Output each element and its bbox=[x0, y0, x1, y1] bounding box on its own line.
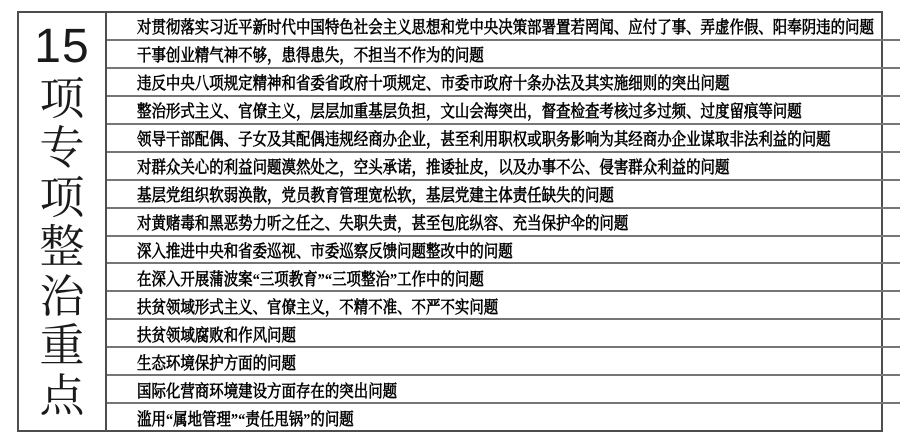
table-title-column: 15 项 专 项 整 治 重 点 bbox=[19, 13, 107, 430]
table-row: 扶贫领域腐败和作风问题 bbox=[107, 320, 900, 348]
item-text: 扶贫领域形式主义、官僚主义，不精不准、不严不实问题 bbox=[137, 293, 498, 318]
table-row: 整治形式主义、官僚主义，层层加重基层负担，文山会海突出，督查检查考核过多过频、过… bbox=[107, 97, 900, 125]
table-row: 基层党组织软弱涣散，党员教育管理宽松软，基层党建主体责任缺失的问题 bbox=[107, 181, 900, 209]
title-char: 点 bbox=[39, 373, 84, 418]
item-text: 国际化营商环境建设方面存在的突出问题 bbox=[137, 377, 397, 402]
table-row: 领导干部配偶、子女及其配偶违规经商办企业，甚至利用职权或职务影响为其经商办企业谋… bbox=[107, 125, 900, 153]
item-text: 滥用“属地管理”“责任甩锅”的问题 bbox=[137, 405, 354, 430]
item-text: 扶贫领域腐败和作风问题 bbox=[137, 321, 296, 346]
title-char: 整 bbox=[39, 224, 84, 269]
table-row: 对群众关心的利益问题漠然处之，空头承诺，推诿扯皮，以及办事不公、侵害群众利益的问… bbox=[107, 153, 900, 181]
title-char: 重 bbox=[39, 323, 84, 368]
item-text: 领导干部配偶、子女及其配偶违规经商办企业，甚至利用职权或职务影响为其经商办企业谋… bbox=[137, 125, 831, 150]
rectification-table: 15 项 专 项 整 治 重 点 对贯彻落实习近平新时代中国特色社会主义思想和党… bbox=[17, 11, 883, 432]
table-row: 生态环境保护方面的问题 bbox=[107, 348, 900, 376]
item-text: 深入推进中央和省委巡视、市委巡察反馈问题整改中的问题 bbox=[137, 237, 513, 262]
title-char: 治 bbox=[39, 274, 84, 319]
table-row: 国际化营商环境建设方面存在的突出问题 bbox=[107, 376, 900, 404]
item-text: 对群众关心的利益问题漠然处之，空头承诺，推诿扯皮，以及办事不公、侵害群众利益的问… bbox=[137, 153, 729, 178]
item-text: 违反中央八项规定精神和省委省政府十项规定、市委市政府十条办法及其实施细则的突出问… bbox=[137, 69, 729, 94]
table-row: 对黄赌毒和黑恶势力听之任之、失职失责，甚至包庇纵容、充当保护伞的问题 bbox=[107, 209, 900, 237]
title-char: 项 bbox=[39, 76, 84, 121]
item-text: 基层党组织软弱涣散，党员教育管理宽松软，基层党建主体责任缺失的问题 bbox=[137, 181, 614, 206]
table-row: 深入推进中央和省委巡视、市委巡察反馈问题整改中的问题 bbox=[107, 237, 900, 265]
item-text: 对黄赌毒和黑恶势力听之任之、失职失责，甚至包庇纵容、充当保护伞的问题 bbox=[137, 209, 628, 234]
table-row: 对贯彻落实习近平新时代中国特色社会主义思想和党中央决策部署置若罔闻、应付了事、弄… bbox=[107, 13, 900, 41]
table-row: 扶贫领域形式主义、官僚主义，不精不准、不严不实问题 bbox=[107, 292, 900, 320]
table-row: 干事创业精气神不够，患得患失，不担当不作为的问题 bbox=[107, 41, 900, 69]
page: 15 项 专 项 整 治 重 点 对贯彻落实习近平新时代中国特色社会主义思想和党… bbox=[0, 0, 900, 447]
table-row: 滥用“属地管理”“责任甩锅”的问题 bbox=[107, 404, 900, 430]
table-row: 在深入开展蒲波案“三项教育”“三项整治”工作中的问题 bbox=[107, 264, 900, 292]
item-text: 在深入开展蒲波案“三项教育”“三项整治”工作中的问题 bbox=[137, 265, 484, 290]
item-text: 生态环境保护方面的问题 bbox=[137, 349, 296, 374]
item-text: 干事创业精气神不够，患得患失，不担当不作为的问题 bbox=[137, 41, 484, 66]
item-text: 整治形式主义、官僚主义，层层加重基层负担，文山会海突出，督查检查考核过多过频、过… bbox=[137, 97, 802, 122]
table-rows: 对贯彻落实习近平新时代中国特色社会主义思想和党中央决策部署置若罔闻、应付了事、弄… bbox=[107, 13, 900, 430]
table-row: 违反中央八项规定精神和省委省政府十项规定、市委市政府十条办法及其实施细则的突出问… bbox=[107, 69, 900, 97]
title-char: 15 bbox=[34, 23, 89, 71]
title-char: 项 bbox=[39, 175, 84, 220]
title-char: 专 bbox=[39, 125, 84, 170]
item-text: 对贯彻落实习近平新时代中国特色社会主义思想和党中央决策部署置若罔闻、应付了事、弄… bbox=[137, 13, 874, 38]
